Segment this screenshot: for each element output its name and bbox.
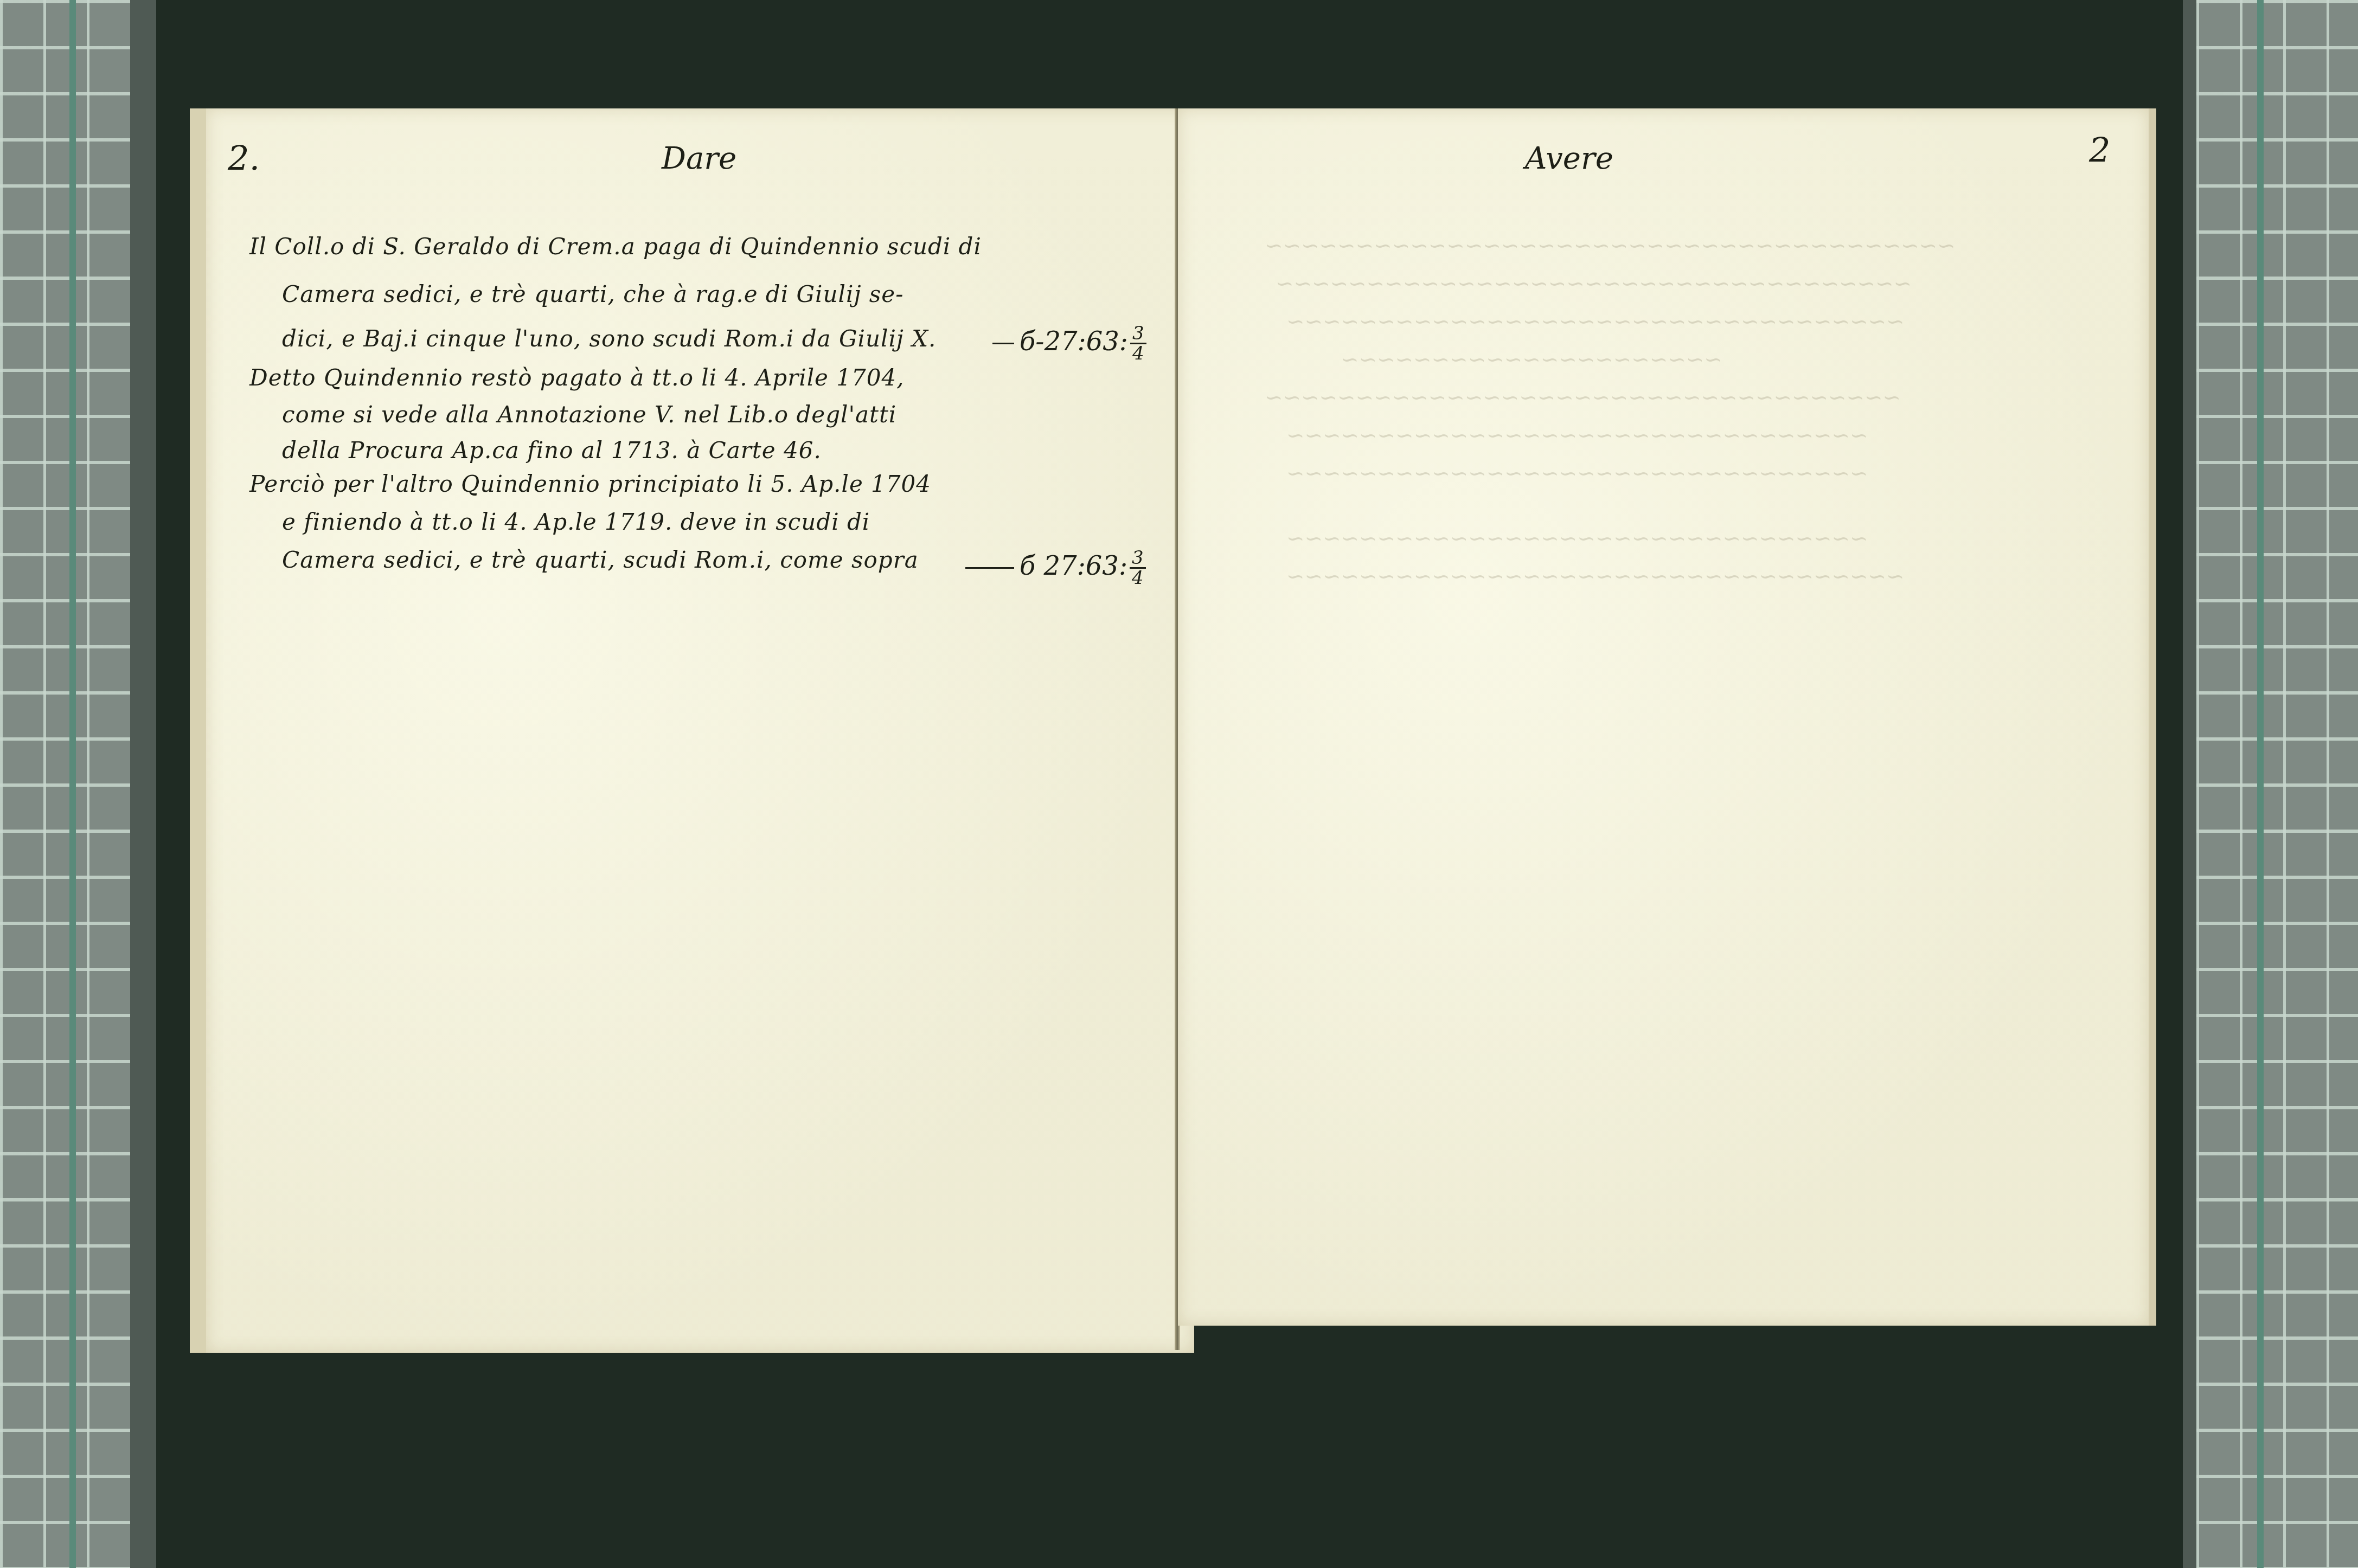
bleed-through-ink: ~~~~~~~~~~~~~~~~~~~~~~~~~~~~~~~~ [1286,423,1868,448]
amount-fraction: 34 [1130,324,1146,363]
right-page-avere: Avere 2 ~~~~~~~~~~~~~~~~~~~~~~~~~~~~~~~~… [1178,108,2156,1326]
entry-1-line-3: dici, e Baj.i cinque l'uno, sono scudi R… [282,325,936,352]
entry-3-line-3: Camera sedici, e trè quarti, scudi Rom.i… [282,547,919,573]
bleed-through-ink: ~~~~~~~~~~~~~~~~~~~~~ [1341,347,1722,372]
entry-3-line-2: e finiendo à tt.o li 4. Ap.le 1719. deve… [282,509,870,535]
entry-2-line-2: come si vede alla Annotazione V. nel Lib… [282,401,896,428]
frame-edge-right [2183,0,2196,1568]
bleed-through-ink: ~~~~~~~~~~~~~~~~~~~~~~~~~~~~~~~~~~~ [1265,385,1901,410]
bleed-through-ink: ~~~~~~~~~~~~~~~~~~~~~~~~~~~~~~~~ [1286,526,1868,551]
ruler-bar-right [2257,0,2264,1568]
scudi-symbol: б [1020,551,1035,581]
amount-leader-line [992,343,1014,344]
scan-stage: 2. Dare Il Coll.o di S. Geraldo di Crem.… [0,0,2358,1568]
entry-3-line-1: Perciò per l'altro Quindennio principiat… [249,471,931,497]
page-heading-avere: Avere [1525,141,1613,176]
amount-value: 27:63 [1044,551,1119,581]
bleed-through-ink: ~~~~~~~~~~~~~~~~~~~~~~~~~~~~~~~~~~ [1286,309,1905,334]
amount-leader-line [965,567,1014,569]
entry-1-line-2: Camera sedici, e trè quarti, che à rag.e… [282,281,904,307]
bleed-through-ink: ~~~~~~~~~~~~~~~~~~~~~~~~~~~~~~~~~~ [1286,564,1905,589]
bleed-through-ink: ~~~~~~~~~~~~~~~~~~~~~~~~~~~~~~~~ [1286,461,1868,486]
page-heading-dare: Dare [662,141,736,176]
entry-2-line-3: della Procura Ap.ca fino al 1713. à Cart… [282,437,822,464]
amount-fraction: 34 [1130,549,1146,587]
bleed-through-ink: ~~~~~~~~~~~~~~~~~~~~~~~~~~~~~~~~~~~~~~ [1265,233,1956,258]
entry-1-amount: б-27:63:34 [992,324,1146,363]
entry-3-amount: б 27:63:34 [965,549,1146,587]
scudi-symbol: б [1020,326,1035,357]
grid-ruler-left [0,0,130,1568]
left-page-dare: 2. Dare Il Coll.o di S. Geraldo di Crem.… [190,108,1194,1353]
ruler-bar-left [69,0,76,1568]
folio-number-left: 2. [228,138,260,178]
grid-ruler-right [2196,0,2358,1568]
folio-number-right: 2 [2089,130,2110,170]
amount-value: 27:63 [1045,326,1119,357]
entry-1-line-1: Il Coll.o di S. Geraldo di Crem.a paga d… [249,233,982,260]
frame-edge-left [130,0,156,1568]
bleed-through-ink: ~~~~~~~~~~~~~~~~~~~~~~~~~~~~~~~~~~~ [1276,271,1912,296]
entry-2-line-1: Detto Quindennio restò pagato à tt.o li … [249,364,905,391]
open-ledger: 2. Dare Il Coll.o di S. Geraldo di Crem.… [184,98,2158,1372]
